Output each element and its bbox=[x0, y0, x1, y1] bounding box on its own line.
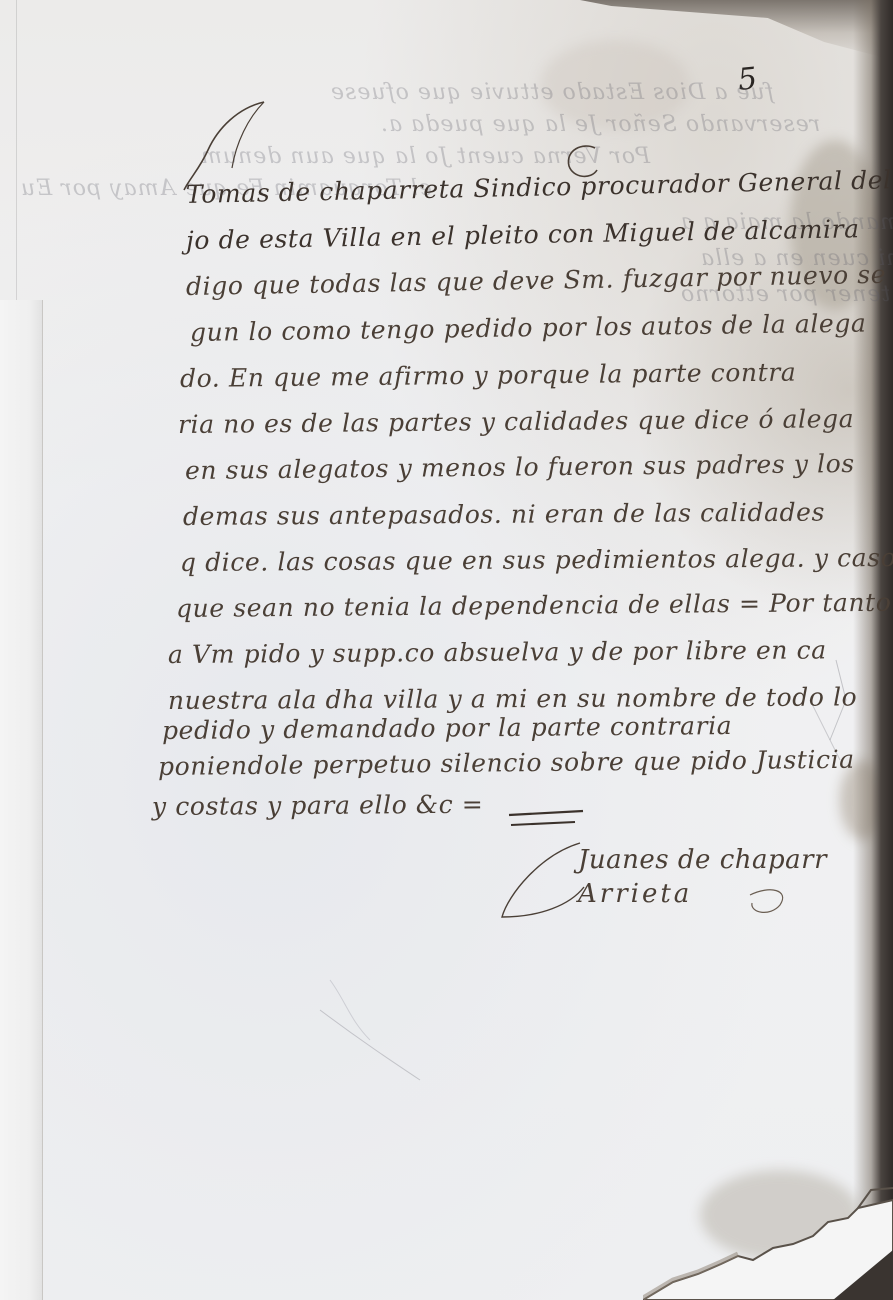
signature-block: Juanes de chaparr Arrieta bbox=[500, 835, 860, 930]
text-line: q dice. las cosas que en sus pedimientos… bbox=[180, 543, 893, 577]
text-line: Tomas de chaparreta Sindico procurador G… bbox=[186, 163, 893, 209]
signature-name-line-1: Juanes de chaparr bbox=[578, 845, 827, 875]
binding-strip bbox=[0, 300, 43, 1300]
torn-right-edge bbox=[853, 0, 893, 1300]
closing-rule bbox=[505, 805, 595, 835]
text-line: digo que todas las que deve Sm. fuzgar p… bbox=[186, 260, 887, 301]
text-line: ria no es de las partes y calidades que … bbox=[178, 404, 854, 439]
text-line: gun lo como tengo pedido por los autos d… bbox=[190, 309, 867, 347]
text-line: y costas y para ello &c = bbox=[152, 790, 484, 821]
text-line: pedido y demandado por la parte contrari… bbox=[162, 711, 732, 745]
folio-number: 5 bbox=[736, 61, 759, 98]
text-line: en sus alegatos y menos lo fueron sus pa… bbox=[185, 449, 855, 485]
text-line: demas sus antepasados. ni eran de las ca… bbox=[183, 498, 825, 531]
left-margin-shadow bbox=[16, 0, 17, 300]
text-line: a Vm pido y supp.co absuelva y de por li… bbox=[168, 635, 827, 669]
text-line: jo de esta Villa en el pleito con Miguel… bbox=[186, 214, 860, 255]
water-stain-top bbox=[540, 40, 690, 130]
signature-name-line-2: Arrieta bbox=[578, 879, 692, 909]
manuscript-page: 5 fue a Dios Estado ettuvie que ofuese r… bbox=[0, 0, 893, 1300]
text-line: nuestra ala dha villa y a mi en su nombr… bbox=[168, 682, 857, 715]
text-line: que sean no tenia la dependencia de ella… bbox=[176, 588, 892, 623]
text-line: do. En que me afirmo y porque la parte c… bbox=[180, 358, 797, 393]
text-line: poniendole perpetuo silencio sobre que p… bbox=[158, 745, 855, 781]
torn-bottom-corner bbox=[643, 1170, 893, 1300]
